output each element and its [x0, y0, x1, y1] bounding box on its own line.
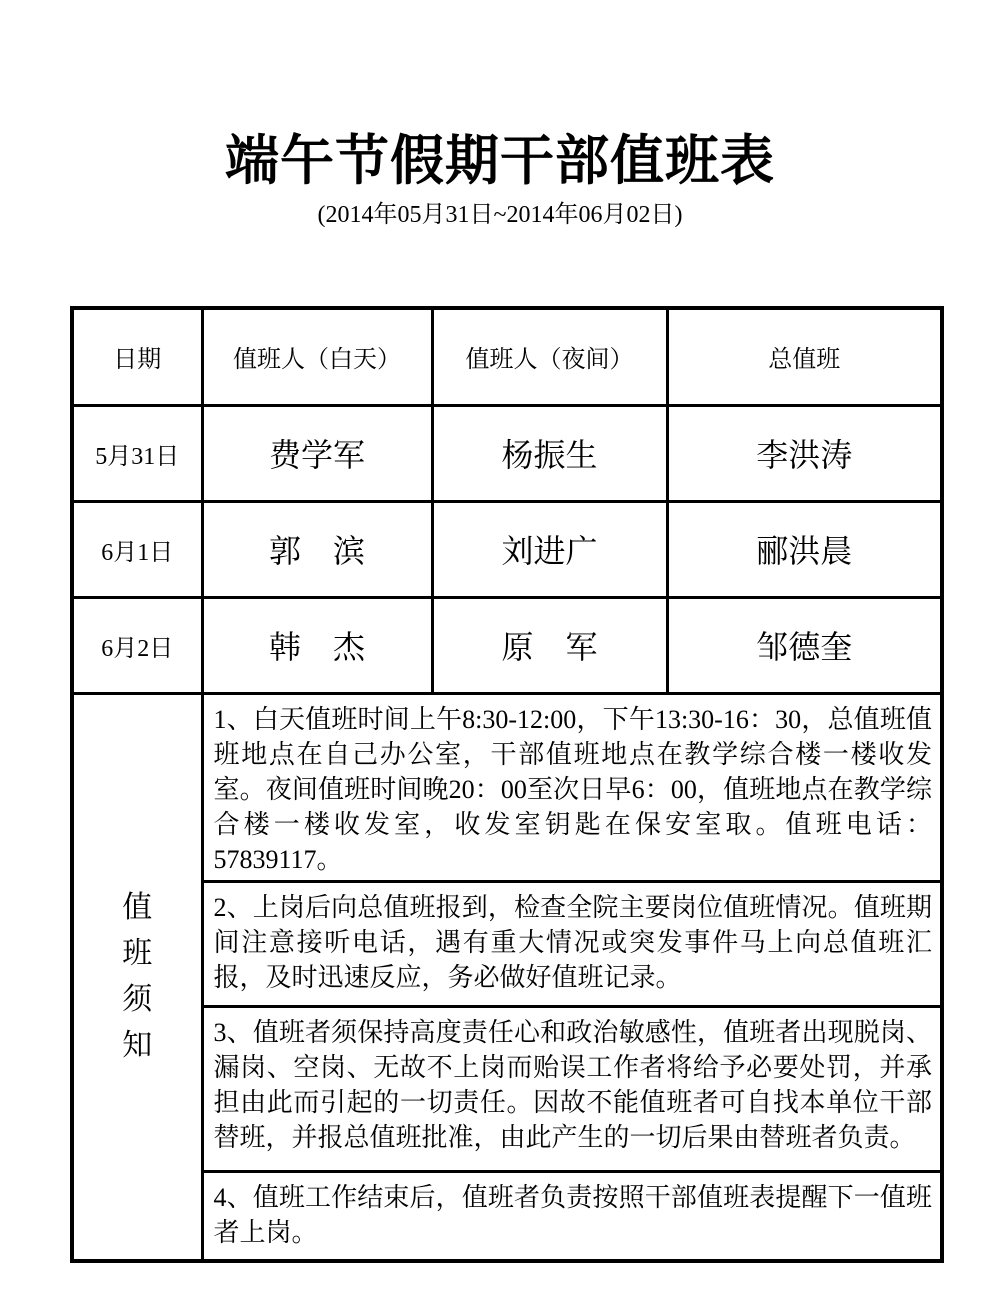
header-day-person: 值班人（白天）: [202, 308, 432, 406]
note-item-4: 4、值班工作结束后，值班者负责按照干部值班表提醒下一值班者上岗。: [202, 1171, 942, 1261]
header-date: 日期: [72, 308, 202, 406]
night-person-cell: 刘进广: [432, 501, 667, 597]
notes-label-char: 须: [75, 985, 200, 1015]
table-row: 6月1日 郭 滨 刘进广 郦洪晨: [72, 501, 942, 597]
notes-label-cell: 值 班 须 知: [72, 693, 202, 1261]
header-night-person: 值班人（夜间）: [432, 308, 667, 406]
notes-row: 4、值班工作结束后，值班者负责按照干部值班表提醒下一值班者上岗。: [72, 1171, 942, 1261]
table-header-row: 日期 值班人（白天） 值班人（夜间） 总值班: [72, 308, 942, 406]
date-cell: 6月2日: [72, 597, 202, 693]
duty-table: 日期 值班人（白天） 值班人（夜间） 总值班 5月31日 费学军 杨振生 李洪涛…: [70, 306, 944, 1263]
chief-cell: 邹德奎: [667, 597, 942, 693]
notes-row: 值 班 须 知 1、白天值班时间上午8:30-12:00，下午13:30-16：…: [72, 693, 942, 881]
table-row: 5月31日 费学军 杨振生 李洪涛: [72, 405, 942, 501]
page-subtitle: (2014年05月31日~2014年06月02日): [0, 200, 1000, 231]
notes-label-char: 班: [75, 939, 200, 969]
notes-label-char: 值: [75, 893, 200, 923]
document-page: 端午节假期干部值班表 (2014年05月31日~2014年06月02日) 日期 …: [0, 0, 1000, 1314]
night-person-cell: 原 军: [432, 597, 667, 693]
date-cell: 5月31日: [72, 405, 202, 501]
date-cell: 6月1日: [72, 501, 202, 597]
notes-row: 3、值班者须保持高度责任心和政治敏感性，值班者出现脱岗、漏岗、空岗、无故不上岗而…: [72, 1006, 942, 1171]
night-person-cell: 杨振生: [432, 405, 667, 501]
notes-row: 2、上岗后向总值班报到，检查全院主要岗位值班情况。值班期间注意接听电话，遇有重大…: [72, 881, 942, 1006]
day-person-cell: 郭 滨: [202, 501, 432, 597]
day-person-cell: 韩 杰: [202, 597, 432, 693]
note-item-1: 1、白天值班时间上午8:30-12:00，下午13:30-16：30，总值班值班…: [202, 693, 942, 881]
note-item-2: 2、上岗后向总值班报到，检查全院主要岗位值班情况。值班期间注意接听电话，遇有重大…: [202, 881, 942, 1006]
table-row: 6月2日 韩 杰 原 军 邹德奎: [72, 597, 942, 693]
day-person-cell: 费学军: [202, 405, 432, 501]
header-chief: 总值班: [667, 308, 942, 406]
chief-cell: 郦洪晨: [667, 501, 942, 597]
notes-label-char: 知: [75, 1031, 200, 1061]
page-title: 端午节假期干部值班表: [0, 0, 1000, 196]
chief-cell: 李洪涛: [667, 405, 942, 501]
note-item-3: 3、值班者须保持高度责任心和政治敏感性，值班者出现脱岗、漏岗、空岗、无故不上岗而…: [202, 1006, 942, 1171]
